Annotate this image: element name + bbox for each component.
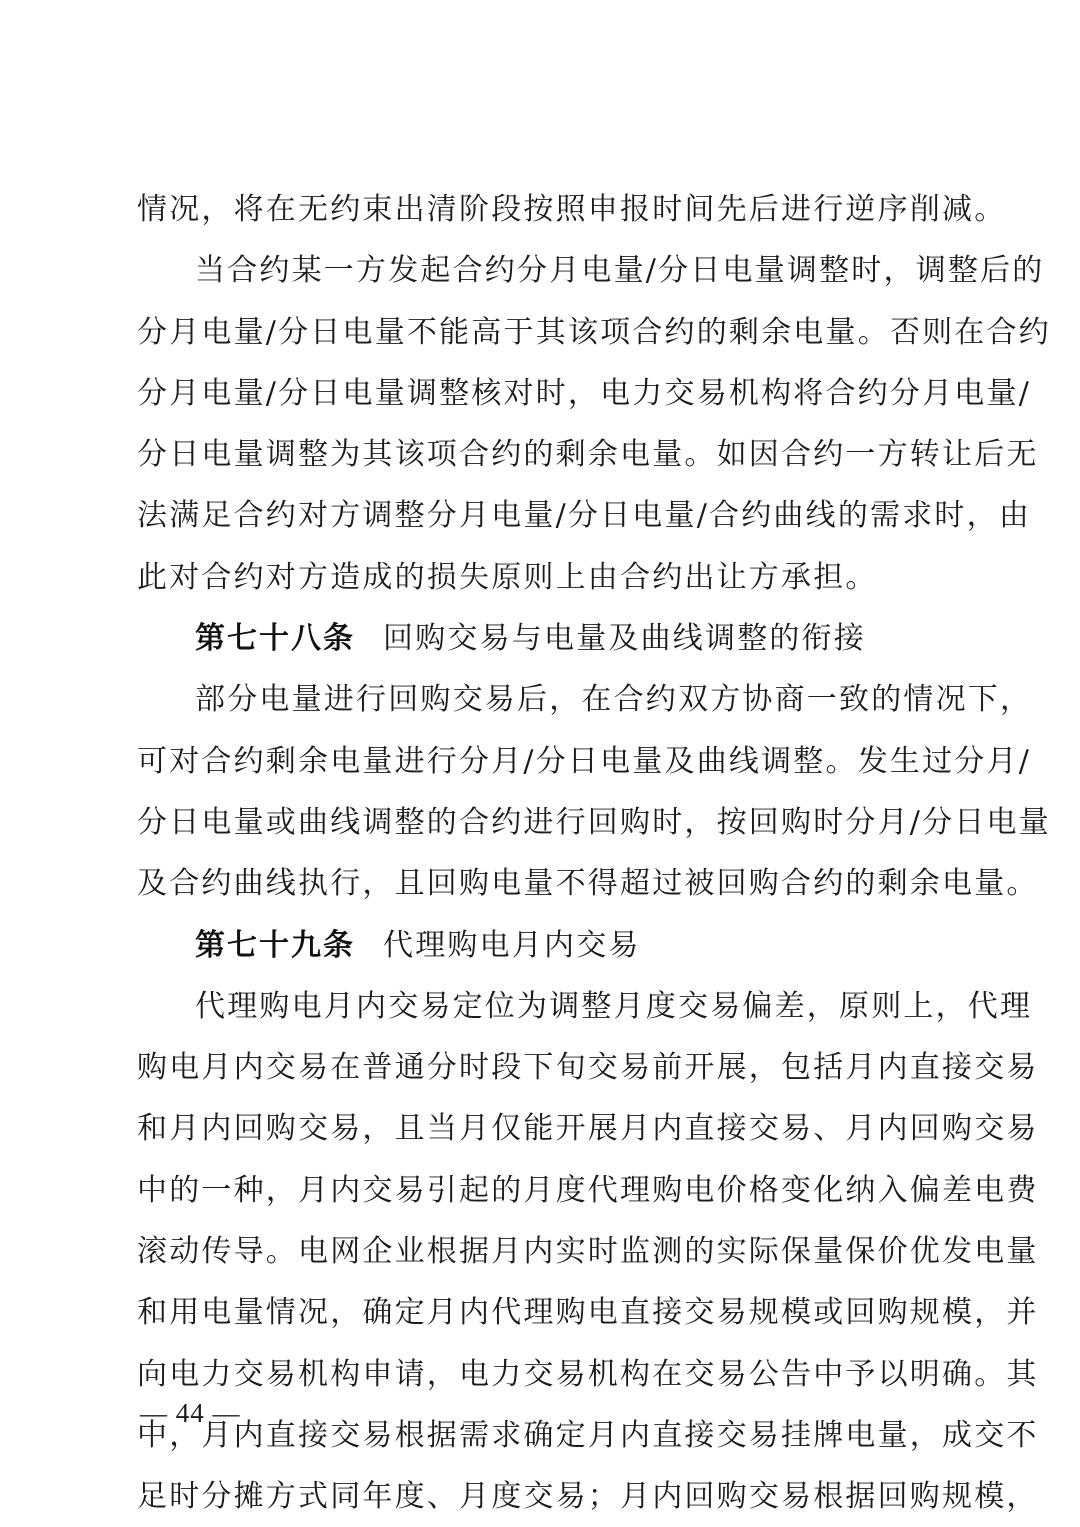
document-body: 情况，将在无约束出清阶段按照申报时间先后进行逆序削减。 当合约某一方发起合约分月… [137, 186, 947, 1527]
paragraph-line: 足时分摊方式同年度、月度交易；月内回购交易根据回购规模， [137, 1473, 947, 1527]
paragraph-line: 向电力交易机构申请，电力交易机构在交易公告中予以明确。其 [137, 1351, 947, 1412]
article-number: 第七十八条 [195, 621, 355, 656]
paragraph-line: 分日电量或曲线调整的合约进行回购时，按回购时分月/分日电量 [137, 799, 947, 860]
paragraph-line: 及合约曲线执行，且回购电量不得超过被回购合约的剩余电量。 [137, 860, 947, 921]
article-title: 代理购电月内交易 [383, 928, 641, 963]
paragraph-line: 购电月内交易在普通分时段下旬交易前开展，包括月内直接交易 [137, 1044, 947, 1105]
article-79-heading: 第七十九条代理购电月内交易 [137, 922, 947, 983]
document-page: 情况，将在无约束出清阶段按照申报时间先后进行逆序削减。 当合约某一方发起合约分月… [0, 0, 1080, 1527]
paragraph-line: 部分电量进行回购交易后，在合约双方协商一致的情况下， [137, 676, 947, 737]
page-number: — 44 — [140, 1398, 241, 1429]
paragraph-line: 分日电量调整为其该项合约的剩余电量。如因合约一方转让后无 [137, 431, 947, 492]
paragraph-line: 中的一种，月内交易引起的月度代理购电价格变化纳入偏差电费 [137, 1167, 947, 1228]
paragraph-line: 可对合约剩余电量进行分月/分日电量及曲线调整。发生过分月/ [137, 738, 947, 799]
paragraph-line: 情况，将在无约束出清阶段按照申报时间先后进行逆序削减。 [137, 186, 947, 247]
paragraph-line: 分月电量/分日电量不能高于其该项合约的剩余电量。否则在合约 [137, 309, 947, 370]
paragraph-line: 代理购电月内交易定位为调整月度交易偏差，原则上，代理 [137, 983, 947, 1044]
article-78-heading: 第七十八条回购交易与电量及曲线调整的衔接 [137, 615, 947, 676]
paragraph-line: 和月内回购交易，且当月仅能开展月内直接交易、月内回购交易 [137, 1105, 947, 1166]
paragraph-line: 此对合约对方造成的损失原则上由合约出让方承担。 [137, 554, 947, 615]
article-number: 第七十九条 [195, 928, 355, 963]
paragraph-line: 法满足合约对方调整分月电量/分日电量/合约曲线的需求时，由 [137, 492, 947, 553]
paragraph-line: 和用电量情况，确定月内代理购电直接交易规模或回购规模，并 [137, 1289, 947, 1350]
paragraph-line: 滚动传导。电网企业根据月内实时监测的实际保量保价优发电量 [137, 1228, 947, 1289]
paragraph-line: 中，月内直接交易根据需求确定月内直接交易挂牌电量，成交不 [137, 1412, 947, 1473]
article-title: 回购交易与电量及曲线调整的衔接 [383, 621, 866, 656]
paragraph-line: 当合约某一方发起合约分月电量/分日电量调整时，调整后的 [137, 247, 947, 308]
paragraph-line: 分月电量/分日电量调整核对时，电力交易机构将合约分月电量/ [137, 370, 947, 431]
